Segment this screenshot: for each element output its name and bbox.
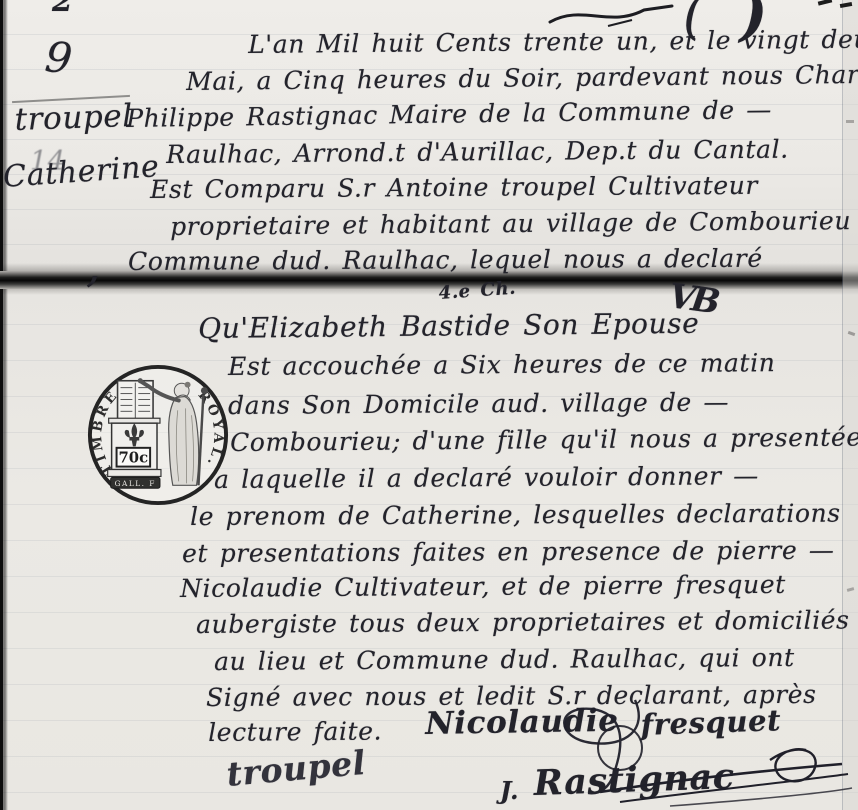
record-line: aubergiste tous deux proprietaires et do… <box>196 605 850 639</box>
margin-rule-line <box>842 0 843 810</box>
margin-act-number: 9 <box>43 32 75 84</box>
top-fragment-left: 2 <box>52 0 73 19</box>
record-line: lecture faite. <box>208 716 382 747</box>
record-line: Est accouchée a Six heures de ce matin <box>228 348 776 381</box>
document-scan: 2 ( ) 9 troupel 14 Catherine L'an Mil hu… <box>0 0 858 810</box>
record-line: Qu'Elizabeth Bastide Son Epouse <box>198 307 699 345</box>
page-edge-left-bottom <box>0 289 8 810</box>
record-line: L'an Mil huit Cents trente un, et le vin… <box>248 24 858 59</box>
stamp-banner-text: GALL. F <box>115 479 156 488</box>
record-line: a laquelle il a declaré vouloir donner — <box>214 461 759 494</box>
record-line: et presentations faites en presence de p… <box>182 536 835 568</box>
record-line: Raulhac, Arrond.t d'Aurillac, Dep.t du C… <box>166 135 789 169</box>
record-line: Commune dud. Raulhac, lequel nous a decl… <box>128 244 763 276</box>
margin-surname: troupel <box>14 98 133 138</box>
record-line: dans Son Domicile aud. village de — <box>228 388 729 420</box>
record-line: au lieu et Commune dud. Raulhac, qui ont <box>214 643 795 676</box>
flourish-comma: , <box>86 238 101 292</box>
record-line: le prenom de Catherine, lesquelles decla… <box>190 499 841 531</box>
page-edge-left-top <box>0 0 8 271</box>
record-line: proprietaire et habitant au village de C… <box>170 206 851 241</box>
record-line: Nicolaudie Cultivateur, et de pierre fre… <box>180 570 786 603</box>
signature-rastignac-paraph <box>470 730 855 810</box>
stamp-value: 70c <box>119 450 149 467</box>
bleed-mark <box>846 120 854 123</box>
record-line: Est Comparu S.r Antoine troupel Cultivat… <box>150 171 758 204</box>
record-line: Combourieu; d'une fille qu'il nous a pre… <box>230 422 858 457</box>
stamp-pedestal: 70c GALL. F <box>108 418 161 488</box>
revenue-stamp: TIMBRE ROYAL. <box>84 360 232 510</box>
